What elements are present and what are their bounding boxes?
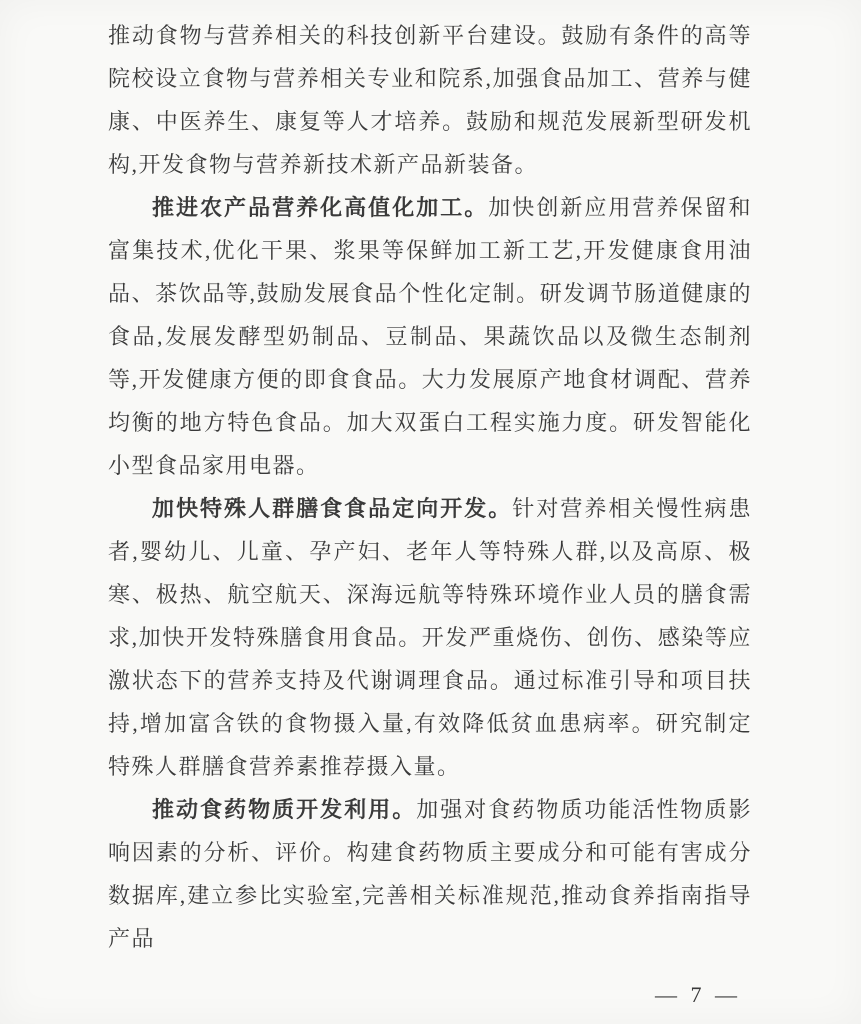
document-body: 推动食物与营养相关的科技创新平台建设。鼓励有条件的高等院校设立食物与营养相关专业… <box>108 14 752 960</box>
page-number: — 7 — <box>655 982 741 1008</box>
paragraph-lead-bold: 加快特殊人群膳食食品定向开发。 <box>152 496 512 521</box>
paragraph-text: 加快创新应用营养保留和富集技术,优化干果、浆果等保鲜加工新工艺,开发健康食用油品… <box>108 195 752 478</box>
document-page: 推动食物与营养相关的科技创新平台建设。鼓励有条件的高等院校设立食物与营养相关专业… <box>0 0 861 1024</box>
paragraph-lead-bold: 推进农产品营养化高值化加工。 <box>152 195 488 220</box>
paragraph-text: 针对营养相关慢性病患者,婴幼儿、儿童、孕产妇、老年人等特殊人群,以及高原、极寒、… <box>108 496 752 779</box>
paragraph-special-groups: 加快特殊人群膳食食品定向开发。针对营养相关慢性病患者,婴幼儿、儿童、孕产妇、老年… <box>108 487 752 788</box>
paragraph-continuation: 推动食物与营养相关的科技创新平台建设。鼓励有条件的高等院校设立食物与营养相关专业… <box>108 14 752 186</box>
paragraph-processing: 推进农产品营养化高值化加工。加快创新应用营养保留和富集技术,优化干果、浆果等保鲜… <box>108 186 752 487</box>
paragraph-lead-bold: 推动食药物质开发利用。 <box>152 797 416 822</box>
paragraph-text: 推动食物与营养相关的科技创新平台建设。鼓励有条件的高等院校设立食物与营养相关专业… <box>108 23 752 177</box>
paragraph-food-medicine: 推动食药物质开发利用。加强对食药物质功能活性物质影响因素的分析、评价。构建食药物… <box>108 788 752 960</box>
